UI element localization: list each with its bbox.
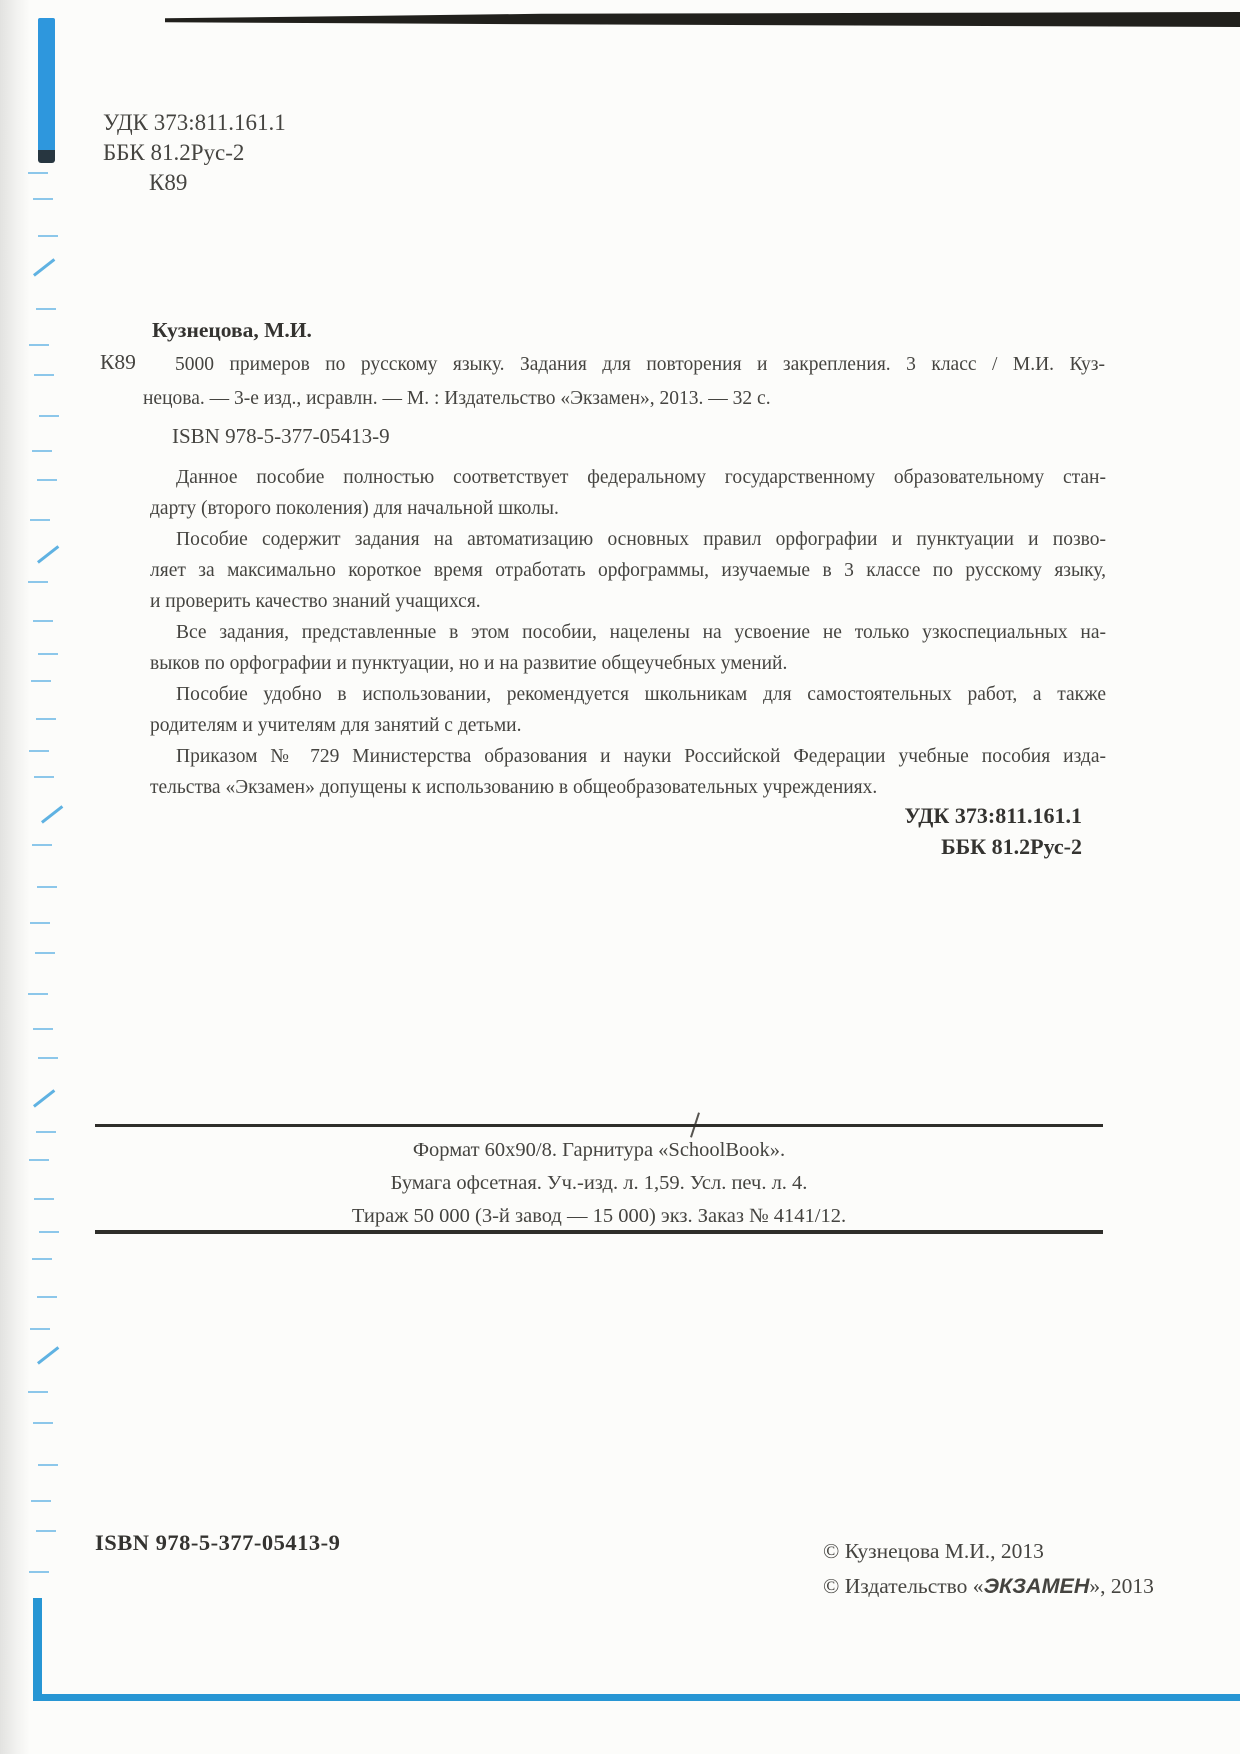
margin-dash-mark <box>29 1571 49 1573</box>
margin-dash-mark <box>28 172 48 174</box>
margin-diagonal-mark <box>37 1346 59 1364</box>
author-sign-code: К89 <box>103 168 286 198</box>
publisher-brand: ЭКЗАМЕН <box>984 1574 1090 1598</box>
margin-dash-mark <box>33 1028 53 1030</box>
margin-dash-mark <box>38 1057 58 1059</box>
margin-dash-mark <box>29 750 49 752</box>
bbk-code: ББК 81.2Рус-2 <box>103 138 286 168</box>
bbk-code-right: ББК 81.2Рус-2 <box>0 831 1082 862</box>
page-edge-shadow <box>0 0 30 1754</box>
blue-margin-stripe <box>38 18 55 158</box>
margin-dash-mark <box>38 653 58 655</box>
scanned-book-imprint-page: УДК 373:811.161.1 ББК 81.2Рус-2 К89 Кузн… <box>0 0 1240 1754</box>
copyright-author: © Кузнецова М.И., 2013 <box>823 1534 1154 1569</box>
margin-dash-mark <box>34 776 54 778</box>
margin-dash-mark <box>36 1131 56 1133</box>
margin-dash-mark <box>31 680 51 682</box>
annotation-line: дарту (второго поколения) для начальной … <box>150 493 1106 524</box>
margin-dash-mark <box>29 1159 49 1161</box>
blue-bottom-line <box>33 1694 1240 1701</box>
classification-codes-right: УДК 373:811.161.1 ББК 81.2Рус-2 <box>0 800 1082 862</box>
margin-dash-mark <box>37 1296 57 1298</box>
margin-dash-mark <box>33 620 53 622</box>
margin-dash-mark <box>35 952 55 954</box>
annotation-line: и проверить качество знаний учащихся. <box>150 586 1106 617</box>
annotation-line: выков по орфографии и пунктуации, но и н… <box>150 648 1106 679</box>
isbn-catalog: ISBN 978-5-377-05413-9 <box>172 424 390 449</box>
catalog-description: 5000 примеров по русскому языку. Задания… <box>143 348 1105 416</box>
imprint-format-line: Формат 60х90/8. Гарнитура «SchoolBook». <box>95 1134 1103 1167</box>
catalog-author: Кузнецова, М.И. <box>152 318 312 343</box>
copyright-block: © Кузнецова М.И., 2013 © Издательство «Э… <box>823 1534 1154 1604</box>
annotation-line: Приказом № 729 Министерства образования … <box>150 741 1106 772</box>
margin-dash-mark <box>32 1258 52 1260</box>
margin-dash-mark <box>33 1422 53 1424</box>
annotation-line: ляет за максимально короткое время отраб… <box>150 555 1106 586</box>
margin-dash-mark <box>38 235 58 237</box>
imprint-block: Формат 60х90/8. Гарнитура «SchoolBook». … <box>95 1134 1103 1233</box>
imprint-rule-top <box>95 1124 1103 1127</box>
annotation-line: Все задания, представленные в этом пособ… <box>150 617 1106 648</box>
imprint-paper-line: Бумага офсетная. Уч.-изд. л. 1,59. Усл. … <box>95 1167 1103 1200</box>
imprint-rule-bottom <box>95 1230 1103 1234</box>
catalog-description-line: 5000 примеров по русскому языку. Задания… <box>143 348 1105 382</box>
imprint-print-run-line: Тираж 50 000 (3-й завод — 15 000) экз. З… <box>95 1200 1103 1233</box>
margin-dash-mark <box>36 718 56 720</box>
margin-dash-mark <box>29 344 49 346</box>
annotation-line: Пособие удобно в использовании, рекоменд… <box>150 679 1106 710</box>
margin-dash-mark <box>33 198 53 200</box>
margin-dash-mark <box>28 581 48 583</box>
margin-dash-mark <box>32 450 52 452</box>
margin-dash-mark <box>34 374 54 376</box>
margin-dash-mark <box>36 1530 56 1532</box>
margin-diagonal-mark <box>33 258 55 276</box>
margin-diagonal-mark <box>37 545 59 563</box>
annotation-line: тельства «Экзамен» допущены к использова… <box>150 772 1106 803</box>
catalog-description-line: нецова. — 3-е изд., исравлн. — М. : Изда… <box>143 382 1105 416</box>
margin-dash-mark <box>38 1464 58 1466</box>
udk-code: УДК 373:811.161.1 <box>103 108 286 138</box>
annotation-line: родителям и учителям для занятий с детьм… <box>150 710 1106 741</box>
margin-dash-mark <box>30 519 50 521</box>
classification-codes-top: УДК 373:811.161.1 ББК 81.2Рус-2 К89 <box>103 108 286 198</box>
margin-dash-mark <box>39 415 59 417</box>
annotation-text: Данное пособие полностью соответствует ф… <box>150 462 1106 803</box>
copyright-publisher-suffix: », 2013 <box>1089 1574 1154 1598</box>
margin-dash-mark <box>37 479 57 481</box>
catalog-author-sign: К89 <box>100 350 136 375</box>
annotation-line: Данное пособие полностью соответствует ф… <box>150 462 1106 493</box>
udk-code-right: УДК 373:811.161.1 <box>0 800 1082 831</box>
copyright-publisher-prefix: © Издательство « <box>823 1574 984 1598</box>
copyright-publisher: © Издательство «ЭКЗАМЕН», 2013 <box>823 1569 1154 1604</box>
margin-dash-mark <box>30 922 50 924</box>
margin-dash-mark <box>37 886 57 888</box>
margin-dash-mark <box>39 1231 59 1233</box>
margin-dash-mark <box>36 308 56 310</box>
margin-dash-mark <box>28 1391 48 1393</box>
blue-corner-vertical <box>33 1598 42 1698</box>
scan-edge-band <box>165 12 1240 27</box>
annotation-line: Пособие содержит задания на автоматизаци… <box>150 524 1106 555</box>
blue-margin-stripe-tip <box>38 150 55 163</box>
margin-dash-mark <box>30 1328 50 1330</box>
margin-dash-mark <box>34 1198 54 1200</box>
margin-dash-mark <box>28 993 48 995</box>
margin-dash-mark <box>31 1500 51 1502</box>
margin-diagonal-mark <box>33 1089 55 1107</box>
isbn-footer: ISBN 978-5-377-05413-9 <box>95 1530 340 1556</box>
